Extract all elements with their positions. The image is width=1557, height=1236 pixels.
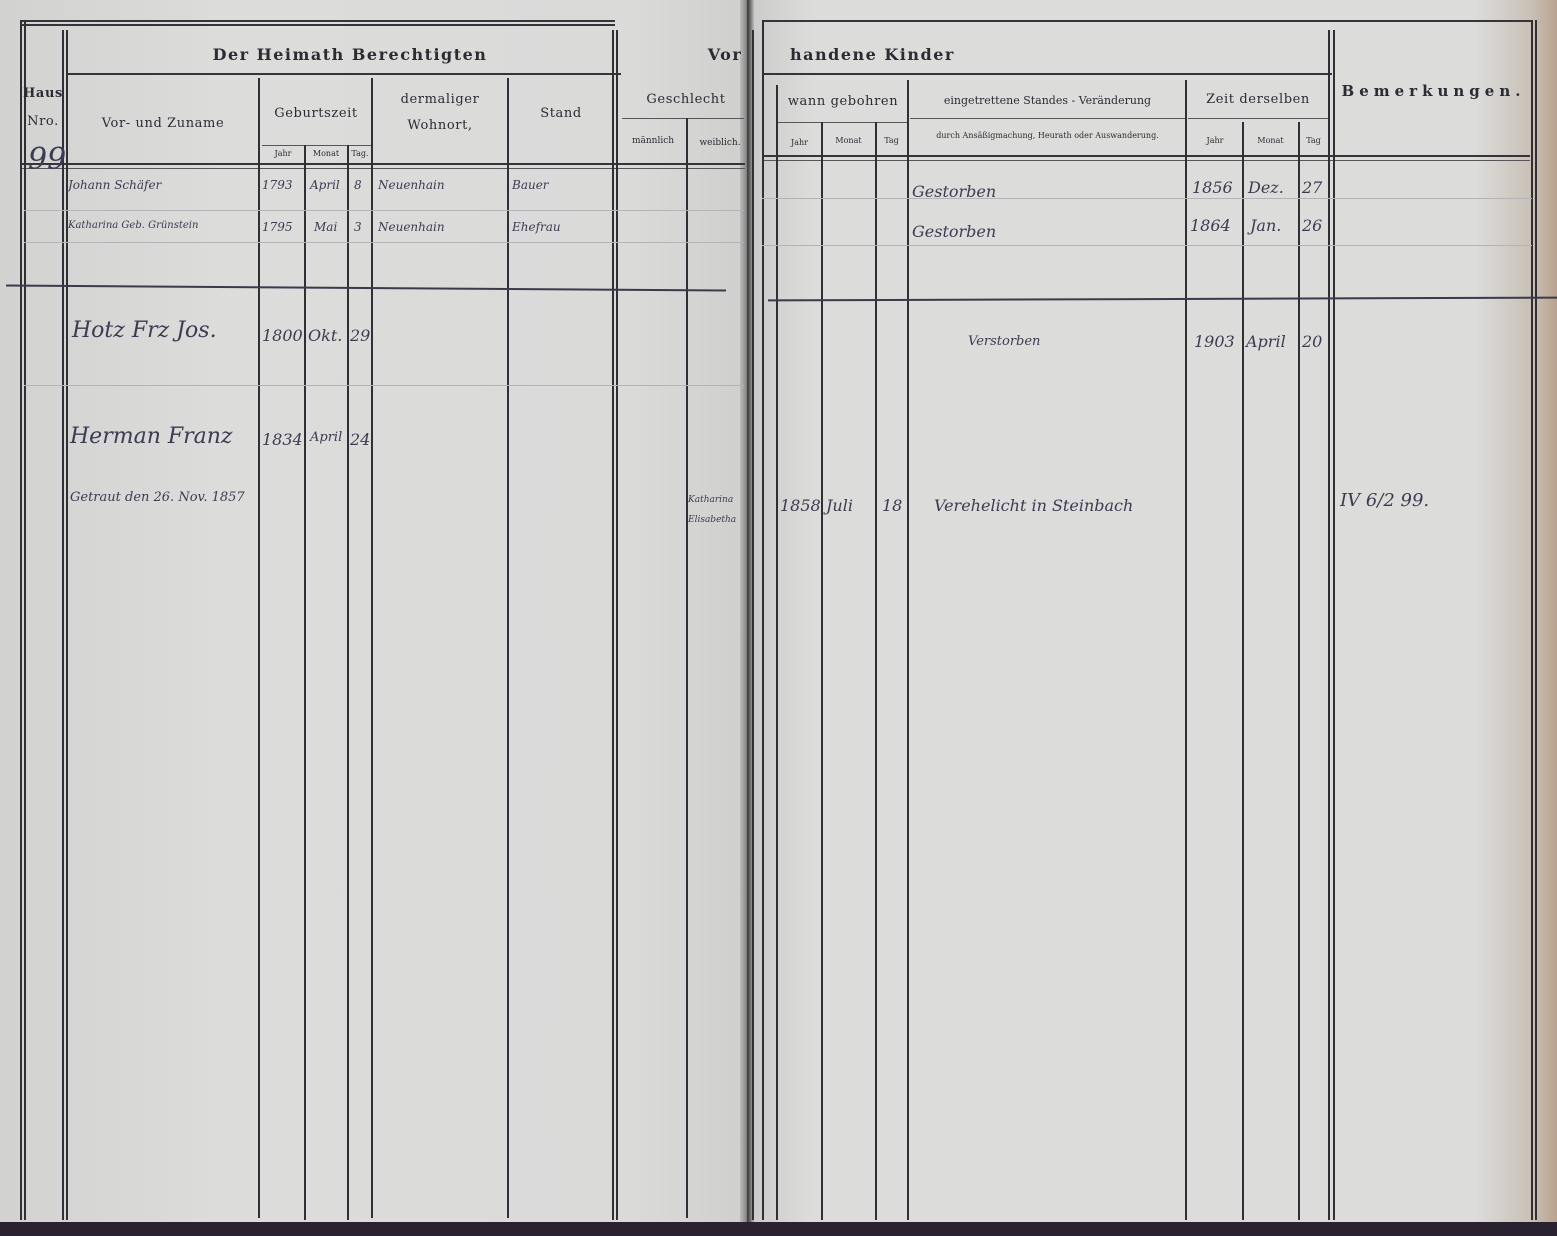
header-time: Zeit derselben bbox=[1188, 92, 1328, 107]
entry-change-day: 27 bbox=[1302, 178, 1322, 197]
residence-col-rule bbox=[507, 78, 509, 1218]
status-col-rule-inner bbox=[616, 30, 618, 1220]
header-time-month: Monat bbox=[1243, 136, 1298, 145]
entry-status-change: Verstorben bbox=[968, 334, 1040, 349]
entry-change-year: 1856 bbox=[1192, 178, 1233, 197]
born-left-rule bbox=[776, 85, 778, 1220]
header-sex: Geschlecht bbox=[620, 92, 752, 107]
entry-change-month: Jan. bbox=[1250, 216, 1281, 235]
entry-change-month: Dez. bbox=[1248, 178, 1284, 197]
section-title-left: Der Heimath Berechtigten bbox=[200, 45, 500, 64]
header-remarks: Bemerkungen. bbox=[1336, 82, 1531, 100]
entry-name: Herman Franz bbox=[70, 424, 233, 449]
header-born-year: Jahr bbox=[778, 138, 821, 147]
header-birth-month: Monat bbox=[305, 149, 347, 158]
header-born-month: Monat bbox=[822, 136, 875, 145]
time-month-col-rule bbox=[1298, 122, 1300, 1220]
right-page bbox=[748, 0, 1557, 1224]
entry-change-day: 20 bbox=[1302, 332, 1322, 351]
entry-change-year: 1903 bbox=[1194, 332, 1235, 351]
right-header-bottom-rule-inner bbox=[762, 160, 1530, 161]
header-status-change-sub: durch Ansäßigmachung, Heurath oder Auswa… bbox=[935, 130, 1160, 142]
right-frame-right-rule bbox=[1531, 20, 1533, 1220]
entry-birth-month: April bbox=[310, 430, 342, 445]
haus-col-rule bbox=[62, 30, 64, 1220]
header-nro: Nro. bbox=[22, 114, 64, 129]
frame-top-rule-inner bbox=[20, 24, 615, 26]
pencil-line bbox=[24, 210, 744, 211]
born-day-col-rule bbox=[907, 80, 909, 1220]
header-sex-male: männlich bbox=[620, 136, 686, 146]
name-col-rule bbox=[258, 78, 260, 1218]
header-birth: Geburtszeit bbox=[260, 106, 372, 121]
header-sex-female: weiblich. bbox=[688, 138, 752, 148]
entry-status-change: Gestorben bbox=[912, 182, 996, 201]
entry-birth-day: 8 bbox=[354, 178, 362, 192]
entry-marriage-note: Getraut den 26. Nov. 1857 bbox=[70, 490, 245, 505]
born-month-col-rule bbox=[875, 122, 877, 1220]
entry-birth-year: 1793 bbox=[262, 178, 293, 192]
haus-col-rule-inner bbox=[66, 30, 68, 1220]
entry-name: Johann Schäfer bbox=[68, 178, 161, 192]
house-number: 99 bbox=[28, 142, 66, 177]
header-status: Stand bbox=[510, 106, 612, 121]
header-born-day: Tag bbox=[876, 136, 907, 145]
birth-sub-rule bbox=[262, 145, 372, 146]
entry-residence: Neuenhain bbox=[378, 178, 445, 192]
time-day-col-rule-inner bbox=[1333, 30, 1335, 1220]
entry-birth-year: 1834 bbox=[262, 430, 303, 449]
section-title-right: handene Kinder bbox=[790, 45, 930, 64]
pencil-line bbox=[24, 385, 744, 386]
header-residence-line1: dermaliger bbox=[374, 92, 506, 107]
right-header-bottom-rule bbox=[762, 155, 1530, 157]
pencil-line bbox=[24, 242, 744, 243]
header-birth-day: Tag. bbox=[348, 149, 372, 158]
birth-month-col-rule bbox=[347, 145, 349, 1220]
header-name: Vor- und Zuname bbox=[70, 116, 256, 131]
right-frame-top-rule bbox=[762, 20, 1532, 22]
status-col-rule bbox=[612, 30, 614, 1220]
title-underline-rule bbox=[66, 73, 621, 75]
section-title-continuation: Vor bbox=[690, 45, 760, 64]
entry-remark: IV 6/2 99. bbox=[1340, 490, 1429, 511]
frame-left-rule bbox=[20, 20, 22, 1220]
entry-birth-day: 3 bbox=[354, 220, 362, 234]
entry-status-change: Gestorben bbox=[912, 222, 996, 241]
entry-birth-year: 1800 bbox=[262, 326, 303, 345]
male-col-rule bbox=[686, 118, 688, 1218]
born-year-col-rule bbox=[821, 122, 823, 1220]
entry-born-day: 18 bbox=[882, 496, 902, 515]
time-sub-rule bbox=[1188, 118, 1328, 119]
entry-change-month: April bbox=[1246, 332, 1286, 351]
header-time-year: Jahr bbox=[1188, 136, 1242, 145]
entry-residence: Neuenhain bbox=[378, 220, 445, 234]
entry-change-year: 1864 bbox=[1190, 216, 1231, 235]
entry-name: Hotz Frz Jos. bbox=[72, 318, 217, 343]
change-col-rule bbox=[1185, 80, 1187, 1220]
entry-status-change: Verehelicht in Steinbach bbox=[934, 496, 1133, 515]
entry-birth-month: Okt. bbox=[308, 326, 342, 345]
entry-status: Ehefrau bbox=[512, 220, 561, 234]
header-bottom-rule-inner bbox=[20, 168, 745, 169]
entry-status: Bauer bbox=[512, 178, 549, 192]
entry-sex-female-note: Katharina Elisabetha bbox=[688, 490, 752, 530]
entry-birth-month: Mai bbox=[314, 220, 337, 234]
right-title-underline-rule bbox=[762, 73, 1332, 75]
right-frame-left-rule bbox=[762, 20, 764, 1220]
header-status-change: eingetrettene Standes - Veränderung bbox=[910, 94, 1185, 107]
birth-year-col-rule bbox=[304, 145, 306, 1220]
born-sub-rule bbox=[778, 122, 908, 123]
header-time-day: Tag bbox=[1299, 136, 1328, 145]
birth-day-col-rule bbox=[371, 78, 373, 1218]
entry-birth-year: 1795 bbox=[262, 220, 293, 234]
entry-birth-month: April bbox=[310, 178, 340, 192]
right-frame-right-rule-inner bbox=[1535, 20, 1537, 1220]
entry-birth-day: 24 bbox=[350, 430, 370, 449]
time-year-col-rule bbox=[1242, 122, 1244, 1220]
change-sub-rule bbox=[910, 118, 1185, 119]
entry-born-month: Juli bbox=[826, 496, 853, 515]
header-born: wann gebohren bbox=[778, 94, 908, 109]
header-residence-line2: Wohnort, bbox=[374, 118, 506, 133]
frame-top-rule bbox=[20, 20, 615, 22]
time-day-col-rule bbox=[1328, 30, 1330, 1220]
entry-change-day: 26 bbox=[1302, 216, 1322, 235]
entry-born-year: 1858 bbox=[780, 496, 821, 515]
book-bottom-edge bbox=[0, 1222, 1557, 1236]
entry-birth-day: 29 bbox=[350, 326, 370, 345]
pencil-line bbox=[762, 245, 1532, 246]
entry-name: Katharina Geb. Grünstein bbox=[68, 220, 198, 231]
header-birth-year: Jahr bbox=[262, 149, 304, 158]
sex-sub-rule bbox=[622, 118, 744, 119]
frame-left-rule-inner bbox=[24, 20, 26, 1220]
pencil-line bbox=[762, 198, 1532, 199]
header-haus: Haus bbox=[22, 86, 64, 101]
female-col-rule bbox=[752, 30, 754, 1220]
header-bottom-rule bbox=[20, 163, 745, 165]
